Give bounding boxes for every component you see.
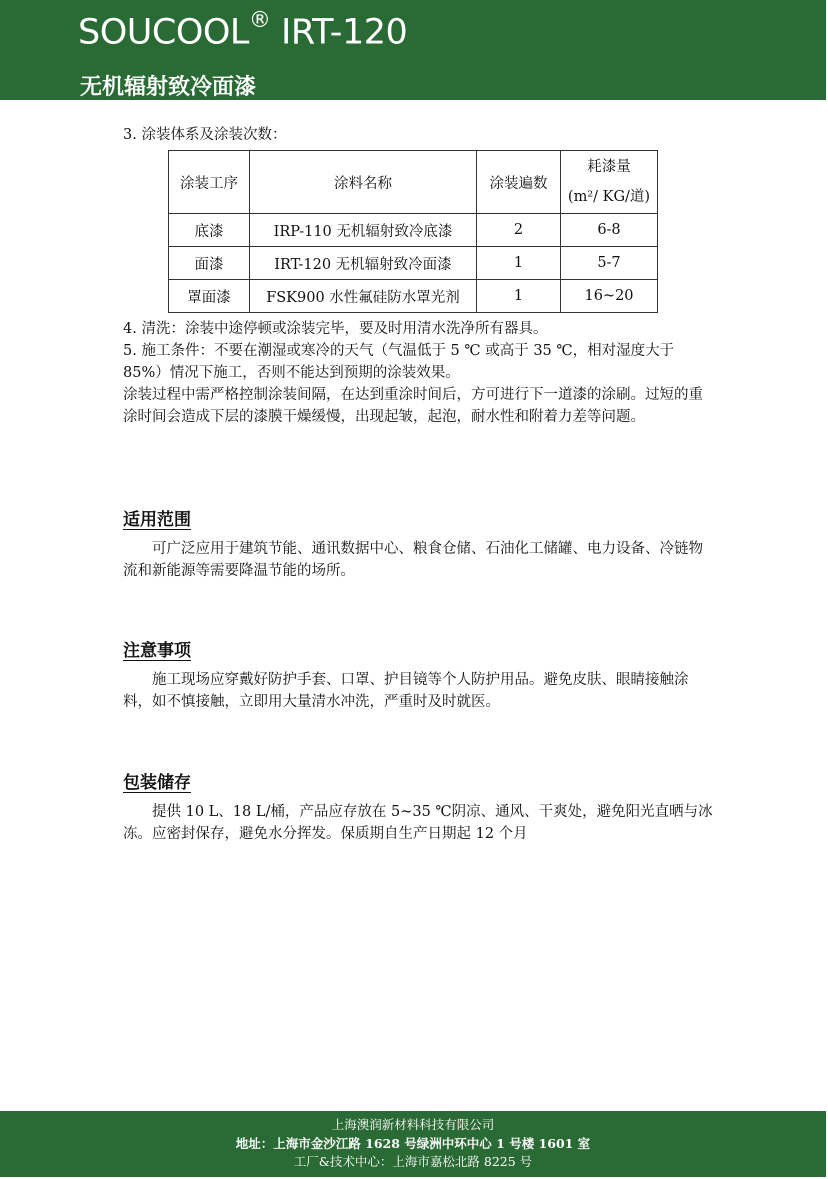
section-body-precautions: 施工现场应穿戴好防护手套、口罩、护目镜等个人防护用品。避免皮肤、眼睛接触涂料，如… bbox=[123, 669, 713, 713]
section-title-precautions: 注意事项 bbox=[123, 636, 191, 661]
col-usage: 耗漆量(m²/ KG/道) bbox=[561, 151, 658, 214]
section-title-application: 适用范围 bbox=[123, 505, 191, 530]
interval-note: 涂装过程中需严格控制涂装间隔，在达到重涂时间后，方可进行下一道漆的涂刷。过短的重… bbox=[123, 384, 713, 428]
table-row: 面漆 IRT-120 无机辐射致冷面漆 1 5-7 bbox=[169, 247, 658, 280]
cleaning-note: 4. 清洗：涂装中途停顿或涂装完毕，要及时用清水洗净所有器具。 bbox=[123, 318, 713, 340]
product-subtitle: 无机辐射致冷面漆 bbox=[80, 70, 256, 101]
footer-bar: 上海澳润新材料科技有限公司 地址：上海市金沙江路 1628 号绿洲中环中心 1 … bbox=[0, 1111, 826, 1177]
conditions-note: 5. 施工条件：不要在潮湿或寒冷的天气（气温低于 5 ℃ 或高于 35 ℃，相对… bbox=[123, 340, 713, 384]
section-body-application: 可广泛应用于建筑节能、通讯数据中心、粮食仓储、石油化工储罐、电力设备、冷链物流和… bbox=[123, 538, 713, 582]
col-coats: 涂装遍数 bbox=[477, 151, 561, 214]
section-body-packaging: 提供 10 L、18 L/桶，产品应存放在 5~35 ℃阴凉、通风、干爽处，避免… bbox=[123, 801, 713, 845]
coating-system-heading: 3. 涂装体系及涂装次数： bbox=[123, 124, 713, 146]
section-title-packaging: 包装储存 bbox=[123, 768, 191, 793]
header-bar: SOUCOOL® IRT-120 无机辐射致冷面漆 bbox=[0, 0, 826, 100]
footer-factory: 工厂&技术中心：上海市嘉松北路 8225 号 bbox=[0, 1153, 826, 1171]
footer-address: 地址：上海市金沙江路 1628 号绿洲中环中心 1 号楼 1601 室 bbox=[0, 1135, 826, 1153]
col-step: 涂装工序 bbox=[169, 151, 250, 214]
footer-company: 上海澳润新材料科技有限公司 bbox=[0, 1115, 826, 1135]
table-header-row: 涂装工序 涂料名称 涂装遍数 耗漆量(m²/ KG/道) bbox=[169, 151, 658, 214]
col-product: 涂料名称 bbox=[250, 151, 477, 214]
table-row: 底漆 IRP-110 无机辐射致冷底漆 2 6-8 bbox=[169, 214, 658, 247]
coating-system-table: 涂装工序 涂料名称 涂装遍数 耗漆量(m²/ KG/道) 底漆 IRP-110 … bbox=[168, 150, 658, 313]
table-row: 罩面漆 FSK900 水性氟硅防水罩光剂 1 16~20 bbox=[169, 280, 658, 313]
product-title: SOUCOOL® IRT-120 bbox=[78, 12, 407, 53]
